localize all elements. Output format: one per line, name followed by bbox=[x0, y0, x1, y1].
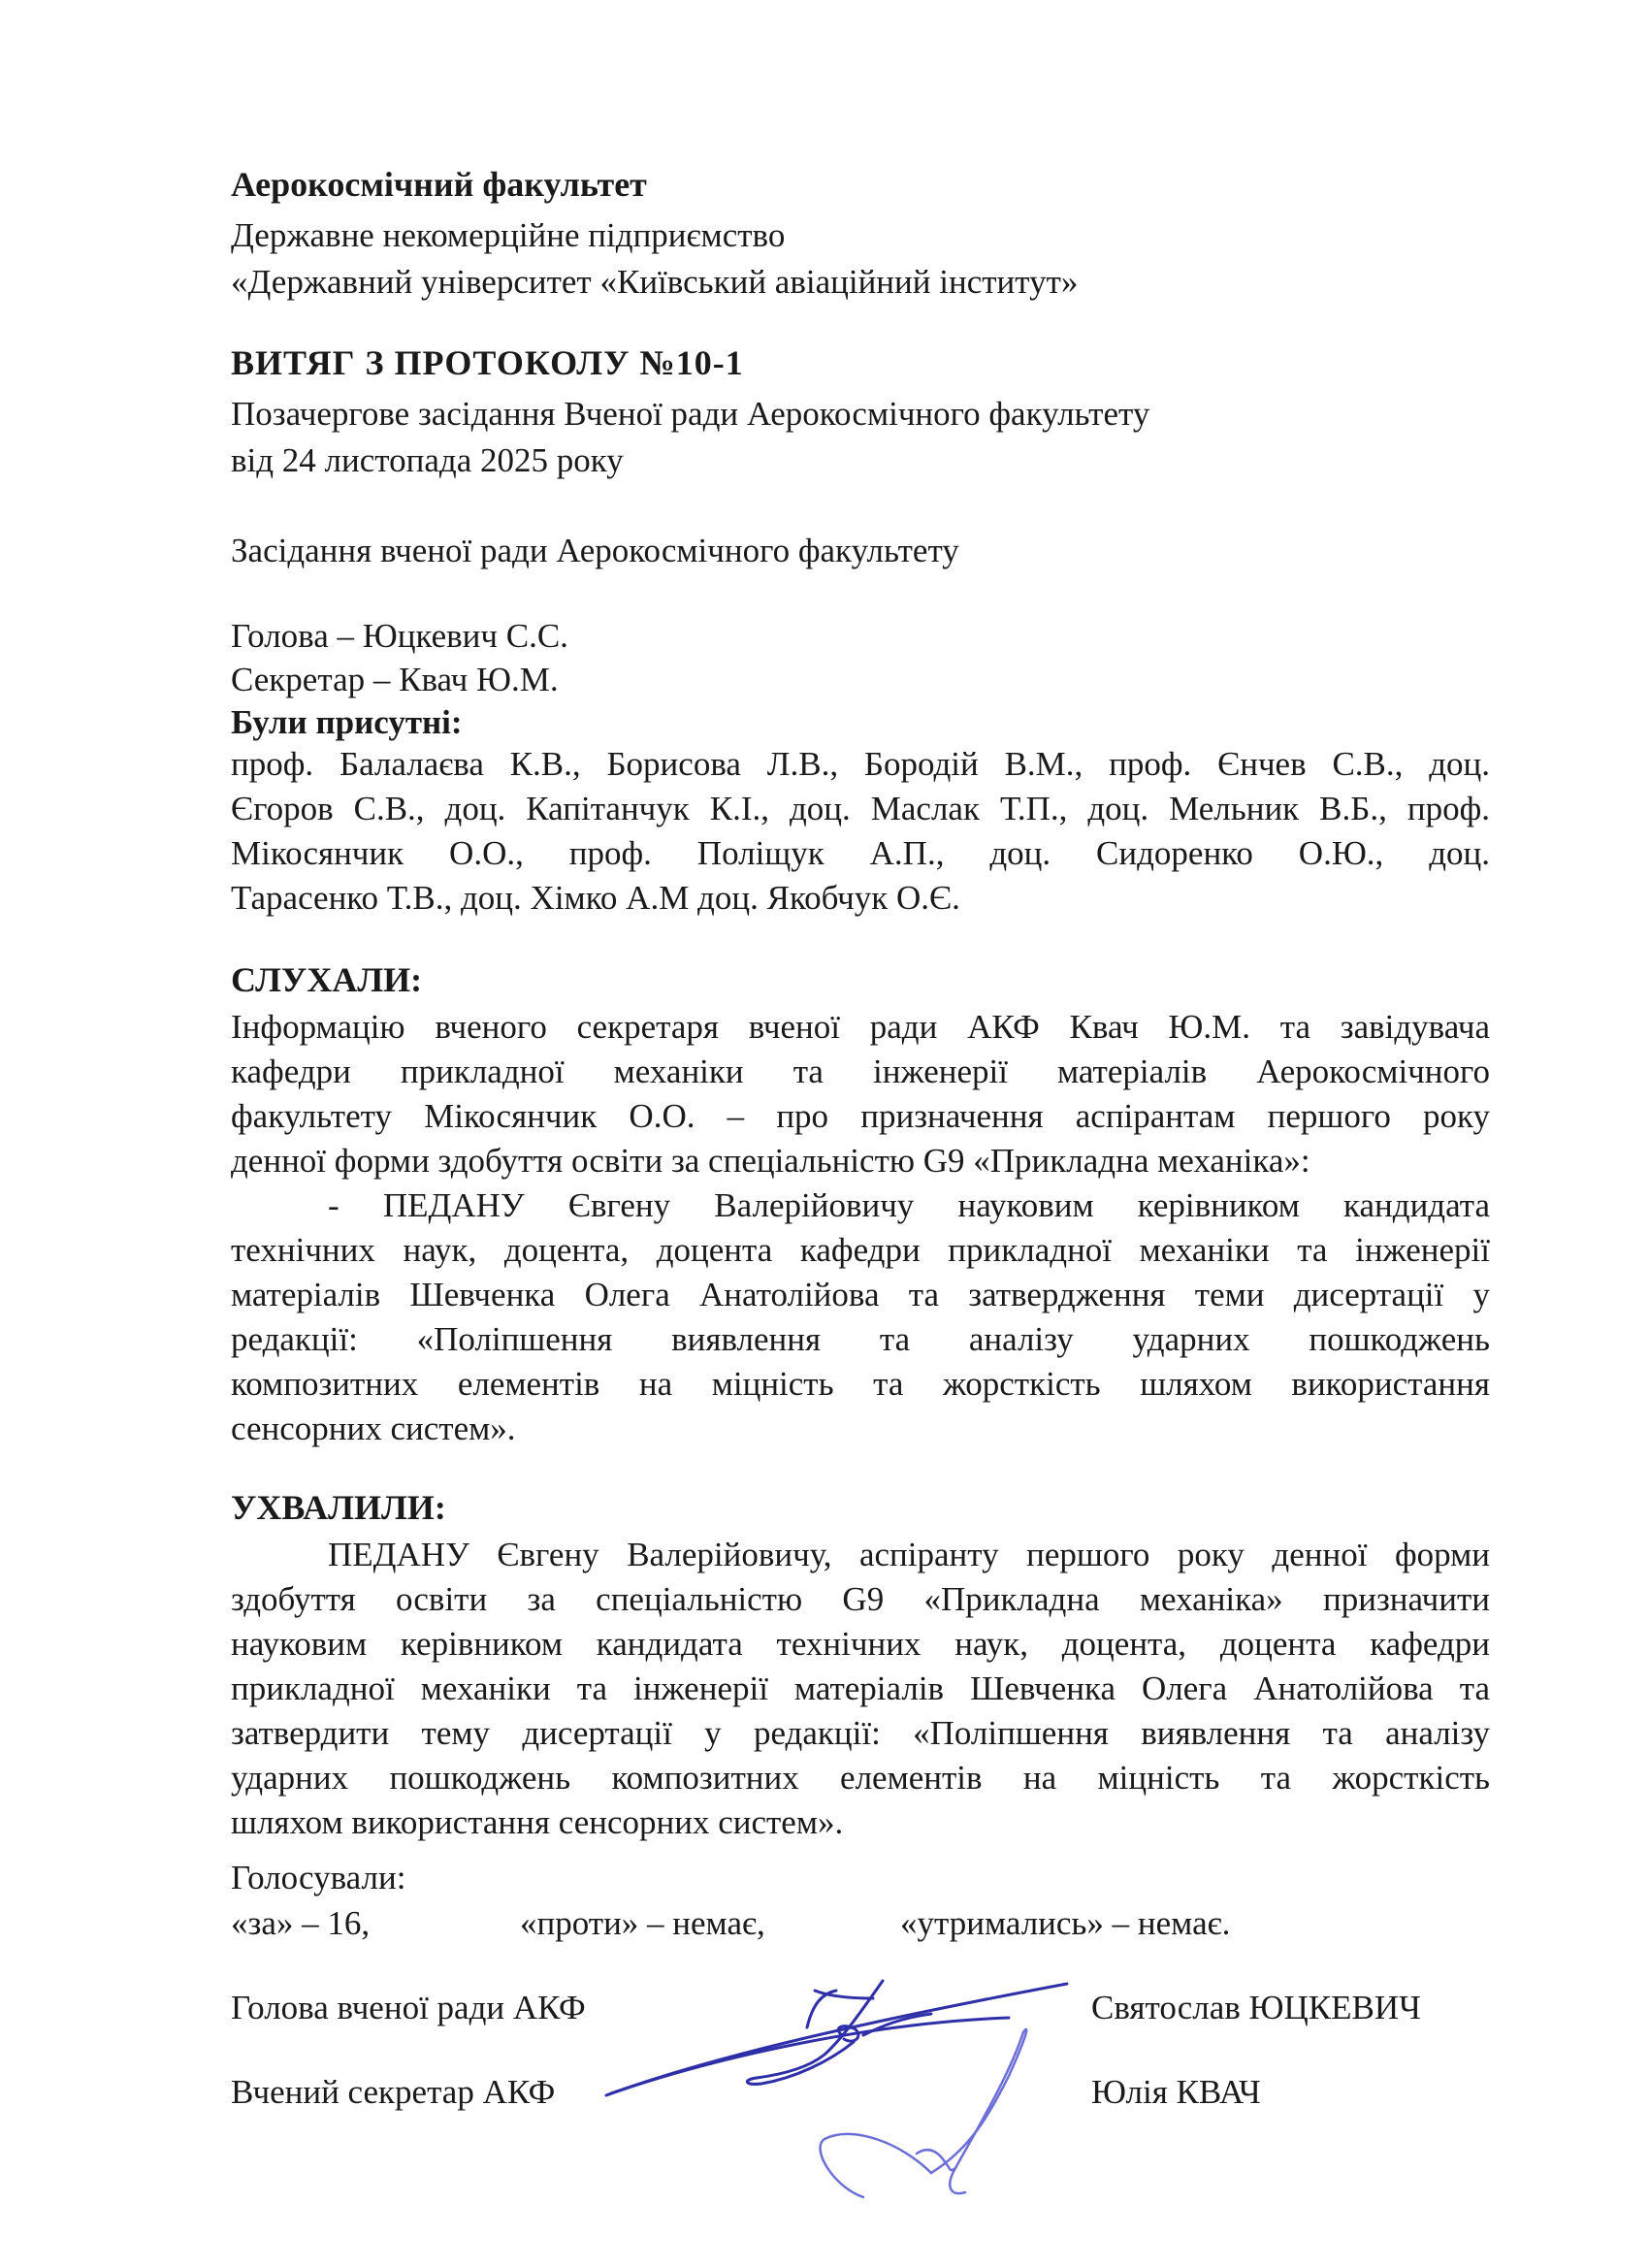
attendee-line: Тарасенко Т.В., доц. Хімко А.М доц. Якоб… bbox=[231, 876, 1490, 921]
meeting-date: від 24 листопада 2025 року bbox=[231, 438, 624, 482]
paragraph-line-text: ПЕДАНУ Євгену Валерійовичу, аспіранту пе… bbox=[328, 1536, 1490, 1573]
meeting-title: Позачергове засідання Вченої ради Аероко… bbox=[231, 392, 1149, 436]
chair-signature-row: Голова вченої ради АКФ Святослав ЮЦКЕВИЧ bbox=[231, 1986, 1492, 2030]
paragraph-line: редакції: «Поліпшення виявлення та аналі… bbox=[231, 1317, 1490, 1362]
votes-against: «проти» – немає, bbox=[520, 1901, 765, 1946]
heard-paragraph: Інформацію вченого секретаря вченої ради… bbox=[231, 1005, 1490, 1183]
secretary-line: Секретар – Квач Ю.М. bbox=[231, 658, 559, 701]
votes-abstained: «утримались» – немає. bbox=[900, 1901, 1230, 1946]
paragraph-line: прикладної механіки та інженерії матеріа… bbox=[231, 1667, 1490, 1711]
attendee-line: Мікосянчик О.О., проф. Поліщук А.П., доц… bbox=[231, 831, 1490, 876]
session-title: Засідання вченої ради Аерокосмічного фак… bbox=[231, 529, 959, 572]
organization-type: Державне некомерційне підприємство bbox=[231, 213, 785, 257]
university-name: «Державний університет «Київський авіаці… bbox=[231, 260, 1078, 304]
paragraph-line: сенсорних систем». bbox=[231, 1407, 1490, 1451]
paragraph-line: Інформацію вченого секретаря вченої ради… bbox=[231, 1005, 1490, 1050]
attendee-list: проф. Балалаєва К.В., Борисова Л.В., Бор… bbox=[231, 742, 1490, 921]
paragraph-line: - ПЕДАНУ Євгену Валерійовичу науковим ке… bbox=[231, 1183, 1490, 1228]
attendee-line: проф. Балалаєва К.В., Борисова Л.В., Бор… bbox=[231, 742, 1490, 787]
resolved-paragraph: ПЕДАНУ Євгену Валерійовичу, аспіранту пе… bbox=[231, 1533, 1490, 1845]
paragraph-line: шляхом використання сенсорних систем». bbox=[231, 1800, 1490, 1845]
chair-name: Святослав ЮЦКЕВИЧ bbox=[1091, 1986, 1421, 2030]
paragraph-line: здобуття освіти за спеціальністю G9 «При… bbox=[231, 1577, 1490, 1622]
paragraph-line: кафедри прикладної механіки та інженерії… bbox=[231, 1050, 1490, 1094]
paragraph-line: композитних елементів на міцність та жор… bbox=[231, 1362, 1490, 1407]
heard-heading: СЛУХАЛИ: bbox=[231, 958, 422, 1001]
chair-line: Голова – Юцкевич С.С. bbox=[231, 614, 568, 658]
paragraph-line: ПЕДАНУ Євгену Валерійовичу, аспіранту пе… bbox=[231, 1533, 1490, 1577]
votes-for: «за» – 16, bbox=[231, 1901, 370, 1946]
paragraph-line: ударних пошкоджень композитних елементів… bbox=[231, 1756, 1490, 1800]
paragraph-line: матеріалів Шевченка Олега Анатолійова та… bbox=[231, 1273, 1490, 1317]
paragraph-line: науковим керівником кандидата технічних … bbox=[231, 1622, 1490, 1667]
chair-role: Голова вченої ради АКФ bbox=[231, 1986, 586, 2030]
secretary-name: Юлія КВАЧ bbox=[1091, 2070, 1261, 2115]
faculty-heading: Аерокосмічний факультет bbox=[231, 163, 647, 206]
secretary-signature-row: Вчений секретар АКФ Юлія КВАЧ bbox=[231, 2070, 1492, 2115]
paragraph-line: факультету Мікосянчик О.О. – про признач… bbox=[231, 1094, 1490, 1139]
paragraph-line: технічних наук, доцента, доцента кафедри… bbox=[231, 1228, 1490, 1273]
paragraph-line: денної форми здобуття освіти за спеціаль… bbox=[231, 1139, 1490, 1183]
present-label: Були присутні: bbox=[231, 700, 463, 744]
paragraph-line: затвердити тему дисертації у редакції: «… bbox=[231, 1711, 1490, 1756]
voting-label: Голосували: bbox=[231, 1856, 405, 1899]
voting-results: «за» – 16, «проти» – немає, «утримались»… bbox=[231, 1901, 1492, 1946]
heard-item-paragraph: - ПЕДАНУ Євгену Валерійовичу науковим ке… bbox=[231, 1183, 1490, 1451]
paragraph-line-text: - ПЕДАНУ Євгену Валерійовичу науковим ке… bbox=[328, 1186, 1490, 1224]
resolved-heading: УХВАЛИЛИ: bbox=[231, 1486, 446, 1529]
attendee-line: Єгоров С.В., доц. Капітанчук К.І., доц. … bbox=[231, 787, 1490, 831]
secretary-role: Вчений секретар АКФ bbox=[231, 2070, 555, 2115]
protocol-title: ВИТЯГ З ПРОТОКОЛУ №10-1 bbox=[231, 341, 744, 384]
